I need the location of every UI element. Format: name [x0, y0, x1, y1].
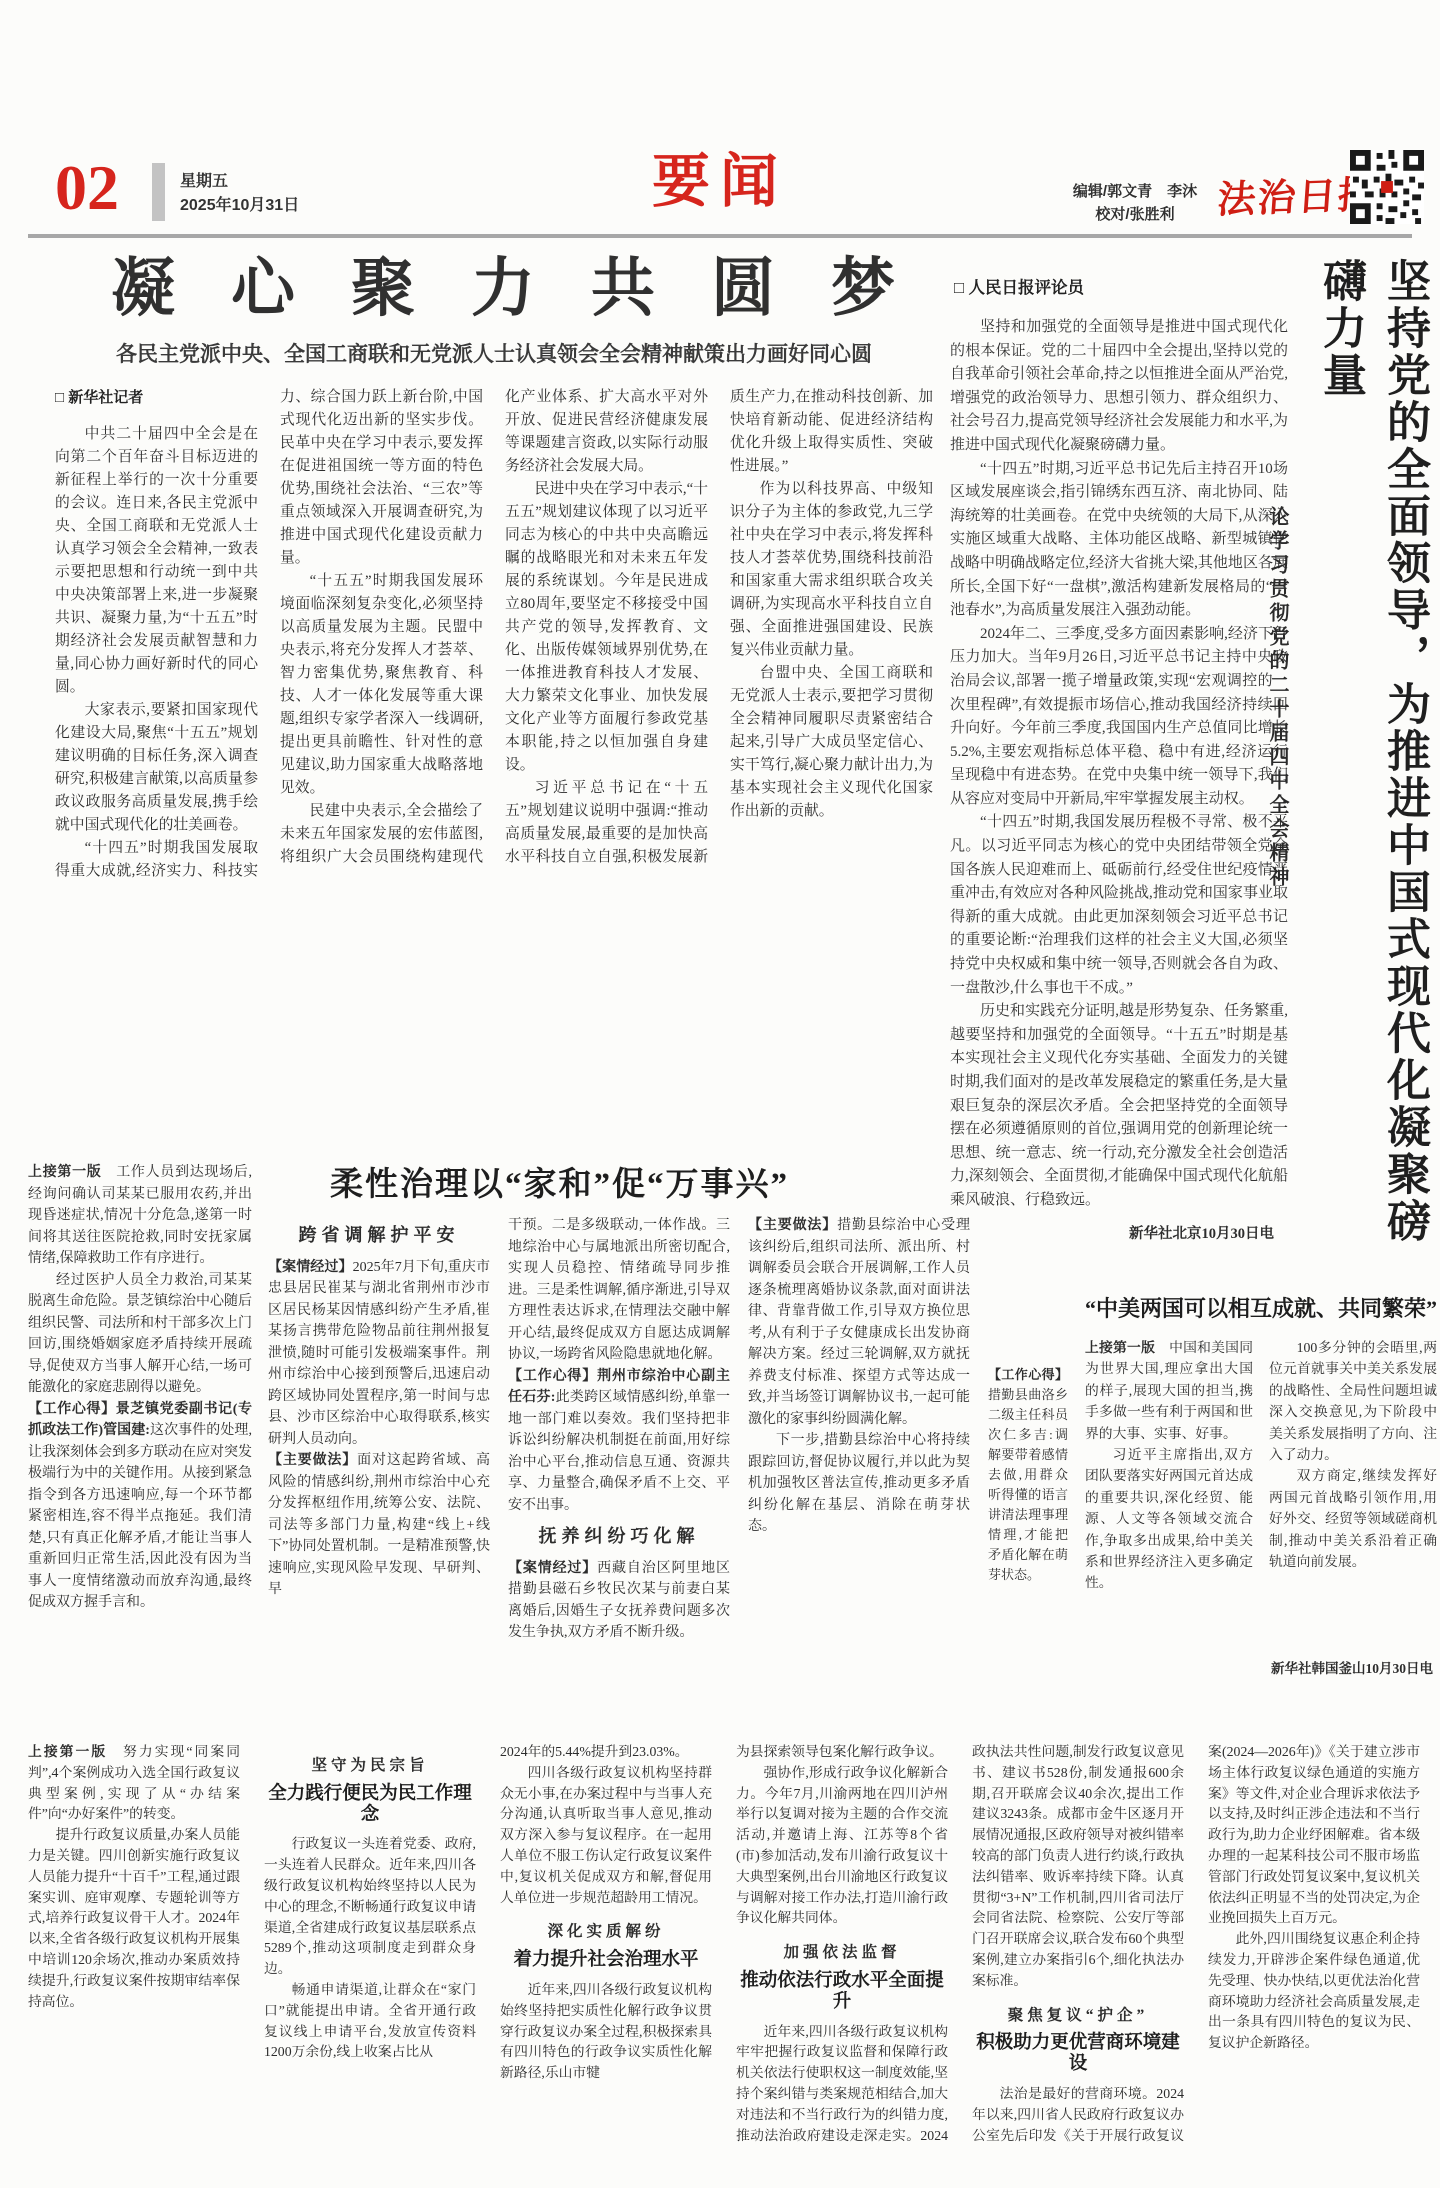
- paragraph: 上接第一版 中国和美国同为世界大国,理应拿出大国的样子,展现大国的担当,携手多做…: [1085, 1337, 1253, 1444]
- paragraph-text: 2025年7月下旬,重庆市忠县居民崔某与湖北省荆州市沙市区居民杨某因情感纠纷产生…: [268, 1260, 490, 1447]
- paragraph-text: 跨省调解护平安: [299, 1225, 460, 1245]
- paragraph: 双方商定,继续发挥好两国元首战略引领作用,用好外交、经贸等领域磋商机制,推动中美…: [1269, 1465, 1437, 1572]
- us-china-article: “中美两国可以相互成就、共同繁荣” 上接第一版 中国和美国同为世界大国,理应拿出…: [1085, 1292, 1437, 1677]
- paragraph-text: 此类跨区域情感纠纷,单靠一地一部门难以奏效。我们坚持把非诉讼纠纷解决机制挺在前面…: [508, 1390, 730, 1513]
- paragraph-text: 双方商定,继续发挥好两国元首战略引领作用,用好外交、经贸等领域磋商机制,推动中美…: [1269, 1468, 1437, 1569]
- paragraph-text: 100多分钟的会晤里,两位元首就事关中美关系发展的战略性、全局性问题坦诚深入交换…: [1269, 1340, 1437, 1462]
- paragraph: 近年来,四川各级行政复议机构牢牢把握行政复议监督和保障行政机关依法行使职权这一制…: [736, 2022, 948, 2146]
- us-china-column: 100多分钟的会晤里,两位元首就事关中美关系发展的战略性、全局性问题坦诚深入交换…: [1269, 1337, 1437, 1651]
- paragraph-lead: 【主要做法】: [268, 1453, 357, 1468]
- paragraph-text: 工作人员到达现场后,经询问确认司某某已服用农药,并出现昏迷症状,情况十分危急,遂…: [28, 1165, 252, 1266]
- section-subtitle: 推动依法行政水平全面提升: [736, 1970, 948, 2012]
- proofreader-line: 校对/张胜利: [1040, 203, 1230, 226]
- paragraph: 【案情经过】西藏自治区阿里地区措勤县磁石乡牧民次某与前妻白某离婚后,因婚生子女抚…: [508, 1558, 730, 1644]
- paragraph-lead: 【案情经过】: [268, 1260, 353, 1275]
- paragraph-lead: 上接第一版: [28, 1165, 102, 1180]
- paragraph: 深化实质解纷着力提升社会治理水平: [500, 1922, 712, 1970]
- section-kicker: 坚守为民宗旨: [264, 1756, 476, 1777]
- paragraph-text: 四川各级行政复议机构坚持群众无小事,在办案过程中与当事人充分沟通,认真听取当事人…: [500, 1765, 712, 1905]
- paragraph-text: 此外,四川围绕复议惠企利企持续发力,开辟涉企案件绿色通道,优先受理、快办快结,以…: [1208, 1931, 1420, 2050]
- paragraph-text: 近年来,四川各级行政复议机构牢牢把握行政复议监督和保障行政机关依法行使职权这一制…: [736, 2024, 948, 2146]
- paragraph: 蓝图已经绘就,号角已经吹响。现在,距离实现2035年基本目标还有10年时间,踏上…: [950, 1213, 1288, 1214]
- commentary-byline: □ 人民日报评论员: [954, 274, 1288, 298]
- paragraph: 聚焦复议“护企”积极助力更优营商环境建设: [972, 2006, 1184, 2074]
- lead-byline: □ 新华社记者: [55, 386, 258, 409]
- paragraph-text: 畅通申请渠道,让群众在“家门口”就能提出申请。全省开通行政复议线上申请平台,发放…: [264, 1982, 476, 2059]
- paragraph-text: 法治是最好的营商环境。2024年以来,四川省人民政府行政复议办公室先后印发《关于…: [972, 2086, 1184, 2146]
- editor-line: 编辑/郭文青 李沐: [1040, 180, 1230, 203]
- section-kicker: 加强依法监督: [736, 1943, 948, 1964]
- paragraph: 中共二十届四中全会是在向第二个百年奋斗目标迈进的新征程上举行的一次十分重要的会议…: [55, 423, 258, 699]
- paragraph: 为县探索领导包案化解行政争议。: [736, 1742, 948, 1763]
- section-kicker: 深化实质解纷: [500, 1922, 712, 1943]
- governance-column: 跨省调解护平安【案情经过】2025年7月下旬,重庆市忠县居民崔某与湖北省荆州市沙…: [268, 1215, 490, 1739]
- paragraph: 大家表示,要紧扣国家现代化建设大局,聚焦“十五五”规划建议明确的目标任务,深入调…: [55, 699, 258, 837]
- paragraph: 案(2024—2026年)》《关于建立涉市场主体行政复议绿色通道的实施方案》等文…: [1208, 1742, 1420, 1929]
- governance-column: 干预。二是多级联动,一体作战。三地综治中心与属地派出所密切配合,实现人员稳控、情…: [508, 1215, 730, 1739]
- paragraph-text: 近年来,四川各级行政复议机构始终坚持把实质性化解行政争议贯穿行政复议办案全过程,…: [500, 1982, 712, 2080]
- section-kicker: 聚焦复议“护企”: [972, 2006, 1184, 2027]
- paragraph: 历史和实践充分证明,越是形势复杂、任务繁重,越要坚持和加强党的全面领导。“十五五…: [950, 1000, 1288, 1212]
- paragraph: 【案情经过】2025年7月下旬,重庆市忠县居民崔某与湖北省荆州市沙市区居民杨某因…: [268, 1257, 490, 1451]
- paragraph: 台盟中央、全国工商联和无党派人士表示,要把学习贯彻全会精神同履职尽责紧密结合起来…: [730, 662, 933, 823]
- qr-code-icon: [1350, 150, 1424, 224]
- paragraph: 经过医护人员全力救治,司某某脱离生命危险。景芝镇综治中心随后组织民警、司法所和村…: [28, 1270, 252, 1399]
- paragraph: 坚守为民宗旨全力践行便民为民工作理念: [264, 1756, 476, 1824]
- paragraph-lead: 【工作心得】: [988, 1367, 1068, 1382]
- paragraph-lead: 【主要做法】: [748, 1218, 837, 1233]
- paragraph-text: 2024年的5.44%提升到23.03%。: [500, 1744, 689, 1759]
- header-divider-rule: [28, 234, 1412, 238]
- us-china-column: 上接第一版 中国和美国同为世界大国,理应拿出大国的样子,展现大国的担当,携手多做…: [1085, 1337, 1253, 1651]
- paragraph: 跨省调解护平安: [268, 1225, 490, 1249]
- paragraph-text: 这次事件的处理,让我深刻体会到多方联动在应对突发极端行为中的关键作用。从接到紧急…: [28, 1423, 252, 1610]
- paragraph: 法治是最好的营商环境。2024年以来,四川省人民政府行政复议办公室先后印发《关于…: [972, 2084, 1184, 2146]
- paragraph-text: 经过医护人员全力救治,司某某脱离生命危险。景芝镇综治中心随后组织民警、司法所和村…: [28, 1273, 252, 1396]
- paragraph: 四川各级行政复议机构坚持群众无小事,在办案过程中与当事人充分沟通,认真听取当事人…: [500, 1763, 712, 1909]
- paragraph-text: 政执法共性问题,制发行政复议意见书、建议书528份,制发通报600余期,召开联席…: [972, 1744, 1184, 1988]
- us-china-dateline: 新华社韩国釜山10月30日电: [1085, 1657, 1437, 1677]
- paragraph-text: 提升行政复议质量,办案人员能力是关键。四川创新实施行政复议人员能力提升“十百千”…: [28, 1827, 240, 2008]
- review-column: 为县探索领导包案化解行政争议。强协作,形成行政争议化解新合力。今年7月,川渝两地…: [736, 1742, 948, 2146]
- commentary-article: □ 人民日报评论员 坚持和加强党的全面领导是推进中国式现代化的根本保证。党的二十…: [950, 258, 1288, 1243]
- paragraph-text: 为县探索领导包案化解行政争议。: [736, 1744, 943, 1759]
- paragraph: 100多分钟的会晤里,两位元首就事关中美关系发展的战略性、全局性问题坦诚深入交换…: [1269, 1337, 1437, 1465]
- paragraph: 坚持和加强党的全面领导是推进中国式现代化的根本保证。党的二十届四中全会提出,坚持…: [950, 316, 1288, 458]
- vertical-headline-block: 论学习贯彻党的二十届四中全会精神 坚持党的全面领导，为推进中国式现代化凝聚磅礴力…: [1296, 258, 1436, 1288]
- paragraph-text: 中国和美国同为世界大国,理应拿出大国的样子,展现大国的担当,携手多做一些有利于两…: [1085, 1340, 1253, 1441]
- paragraph: 下一步,措勤县综治中心将持续跟踪回访,督促协议履行,并以此为契机加强牧区普法宣传…: [748, 1430, 970, 1538]
- paragraph: 作为以科技界高、中级知识分子为主体的参政党,九三学社中央在学习中表示,将发挥科技…: [730, 478, 933, 662]
- paragraph-text: 案(2024—2026年)》《关于建立涉市场主体行政复议绿色通道的实施方案》等文…: [1208, 1744, 1420, 1925]
- section-subtitle: 积极助力更优营商环境建设: [972, 2032, 1184, 2074]
- paragraph: 畅通申请渠道,让群众在“家门口”就能提出申请。全省开通行政复议线上申请平台,发放…: [264, 1980, 476, 2063]
- review-column: 政执法共性问题,制发行政复议意见书、建议书528份,制发通报600余期,召开联席…: [972, 1742, 1184, 2146]
- paragraph: 民进中央在学习中表示,“十五五”规划建议体现了以习近平同志为核心的中共中央高瞻远…: [505, 478, 708, 777]
- paragraph-lead: 上接第一版: [28, 1744, 107, 1759]
- commentary-body: 坚持和加强党的全面领导是推进中国式现代化的根本保证。党的二十届四中全会提出,坚持…: [950, 316, 1288, 1214]
- lead-headline: 凝心聚力共圆梦: [55, 252, 933, 326]
- paragraph: 2024年的5.44%提升到23.03%。: [500, 1742, 712, 1763]
- lead-article: 凝心聚力共圆梦 各民主党派中央、全国工商联和无党派人士认真领会全会精神献策出力画…: [55, 252, 933, 1128]
- review-column: 坚守为民宗旨全力践行便民为民工作理念行政复议一头连着党委、政府,一头连着人民群众…: [264, 1742, 476, 2146]
- paragraph: 此外,四川围绕复议惠企利企持续发力,开辟涉企案件绿色通道,优先受理、快办快结,以…: [1208, 1929, 1420, 2054]
- paragraph-lead: 上接第一版: [1085, 1340, 1155, 1355]
- paragraph: “十四五”时期,我国发展历程极不寻常、极不平凡。以习近平同志为核心的党中央团结带…: [950, 811, 1288, 1000]
- vertical-headline-kicker: 论学习贯彻党的二十届四中全会精神: [1263, 506, 1292, 1288]
- paragraph: 政执法共性问题,制发行政复议意见书、建议书528份,制发通报600余期,召开联席…: [972, 1742, 1184, 1992]
- paragraph: 强协作,形成行政争议化解新合力。今年7月,川渝两地在四川泸州举行以复调对接为主题…: [736, 1763, 948, 1929]
- paragraph: “十五五”时期我国发展环境面临深刻复杂变化,必须坚持以高质量发展为主题。民盟中央…: [280, 570, 483, 800]
- paragraph: 干预。二是多级联动,一体作战。三地综治中心与属地派出所密切配合,实现人员稳控、情…: [508, 1215, 730, 1366]
- paragraph: 习近平主席指出,双方团队要落实好两国元首达成的重要共识,深化经贸、能源、人文等各…: [1085, 1444, 1253, 1594]
- paragraph: 上接第一版 努力实现“同案同判”,4个案例成功入选全国行政复议典型案例,实现了从…: [28, 1742, 240, 1825]
- paragraph: 上接第一版 工作人员到达现场后,经询问确认司某某已服用农药,并出现昏迷症状,情况…: [28, 1162, 252, 1270]
- lead-subtitle: 各民主党派中央、全国工商联和无党派人士认真领会全会精神献策出力画好同心圆: [55, 338, 933, 368]
- paragraph: 加强依法监督推动依法行政水平全面提升: [736, 1943, 948, 2011]
- paragraph: 抚养纠纷巧化解: [508, 1526, 730, 1550]
- paragraph: 近年来,四川各级行政复议机构始终坚持把实质性化解行政争议贯穿行政复议办案全过程,…: [500, 1980, 712, 2084]
- editor-credits: 编辑/郭文青 李沐 校对/张胜利: [1040, 180, 1230, 226]
- paragraph-text: 习近平主席指出,双方团队要落实好两国元首达成的重要共识,深化经贸、能源、人文等各…: [1085, 1447, 1253, 1590]
- paragraph: 2024年二、三季度,受多方面因素影响,经济下行压力加大。当年9月26日,习近平…: [950, 623, 1288, 812]
- paragraph: 【工作心得】荆州市综治中心副主任石芬:此类跨区域情感纠纷,单靠一地一部门难以奏效…: [508, 1366, 730, 1517]
- paragraph-text: 强协作,形成行政争议化解新合力。今年7月,川渝两地在四川泸州举行以复调对接为主题…: [736, 1765, 948, 1926]
- us-china-headline: “中美两国可以相互成就、共同繁荣”: [1085, 1292, 1437, 1323]
- paragraph: 【工作心得】景芝镇党委副书记(专抓政法工作)管国建:这次事件的处理,让我深刻体会…: [28, 1399, 252, 1614]
- governance-headline: 柔性治理以“家和”促“万事兴”: [330, 1158, 789, 1205]
- paragraph-text: 措勤县曲洛乡二级主任科员次仁多吉:调解要带着感情去做,用群众听得懂的语言讲清法理…: [988, 1387, 1068, 1582]
- paragraph-text: 行政复议一头连着党委、政府,一头连着人民群众。近年来,四川各级行政复议机构始终坚…: [264, 1836, 476, 1976]
- paragraph-text: 抚养纠纷巧化解: [539, 1526, 700, 1546]
- paragraph: “十四五”时期,习近平总书记先后主持召开10场区域发展座谈会,指引锦绣东西互济、…: [950, 458, 1288, 623]
- section-subtitle: 全力践行便民为民工作理念: [264, 1783, 476, 1825]
- review-column: 上接第一版 努力实现“同案同判”,4个案例成功入选全国行政复议典型案例,实现了从…: [28, 1742, 240, 2146]
- paragraph: 【工作心得】措勤县曲洛乡二级主任科员次仁多吉:调解要带着感情去做,用群众听得懂的…: [988, 1365, 1068, 1585]
- paragraph: 行政复议一头连着党委、政府,一头连着人民群众。近年来,四川各级行政复议机构始终坚…: [264, 1834, 476, 1980]
- paragraph: 【主要做法】措勤县综治中心受理该纠纷后,组织司法所、派出所、村调解委员会联合开展…: [748, 1215, 970, 1430]
- review-column: 2024年的5.44%提升到23.03%。四川各级行政复议机构坚持群众无小事,在…: [500, 1742, 712, 2146]
- paragraph-text: 面对这起跨省域、高风险的情感纠纷,荆州市综治中心充分发挥枢纽作用,统筹公安、法院…: [268, 1453, 490, 1597]
- paragraph-text: 干预。二是多级联动,一体作战。三地综治中心与属地派出所密切配合,实现人员稳控、情…: [508, 1218, 730, 1362]
- paragraph-lead: 【案情经过】: [508, 1561, 597, 1576]
- paragraph-text: 下一步,措勤县综治中心将持续跟踪回访,督促协议履行,并以此为契机加强牧区普法宣传…: [748, 1433, 970, 1534]
- vertical-headline-title: 坚持党的全面领导，为推进中国式现代化凝聚磅礴力量: [1308, 258, 1436, 1288]
- governance-column: 【主要做法】措勤县综治中心受理该纠纷后,组织司法所、派出所、村调解委员会联合开展…: [748, 1215, 970, 1739]
- lead-article-body: □ 新华社记者 中共二十届四中全会是在向第二个百年奋斗目标迈进的新征程上举行的一…: [55, 386, 933, 1128]
- section-subtitle: 着力提升社会治理水平: [500, 1949, 712, 1970]
- paragraph: 提升行政复议质量,办案人员能力是关键。四川创新实施行政复议人员能力提升“十百千”…: [28, 1825, 240, 2012]
- paragraph-text: 措勤县综治中心受理该纠纷后,组织司法所、派出所、村调解委员会联合开展调解,工作人…: [748, 1218, 970, 1427]
- review-column: 案(2024—2026年)》《关于建立涉市场主体行政复议绿色通道的实施方案》等文…: [1208, 1742, 1420, 2146]
- paragraph: 【主要做法】面对这起跨省域、高风险的情感纠纷,荆州市综治中心充分发挥枢纽作用,统…: [268, 1450, 490, 1601]
- governance-left-column: 上接第一版 工作人员到达现场后,经询问确认司某某已服用农药,并出现昏迷症状,情况…: [28, 1162, 252, 1740]
